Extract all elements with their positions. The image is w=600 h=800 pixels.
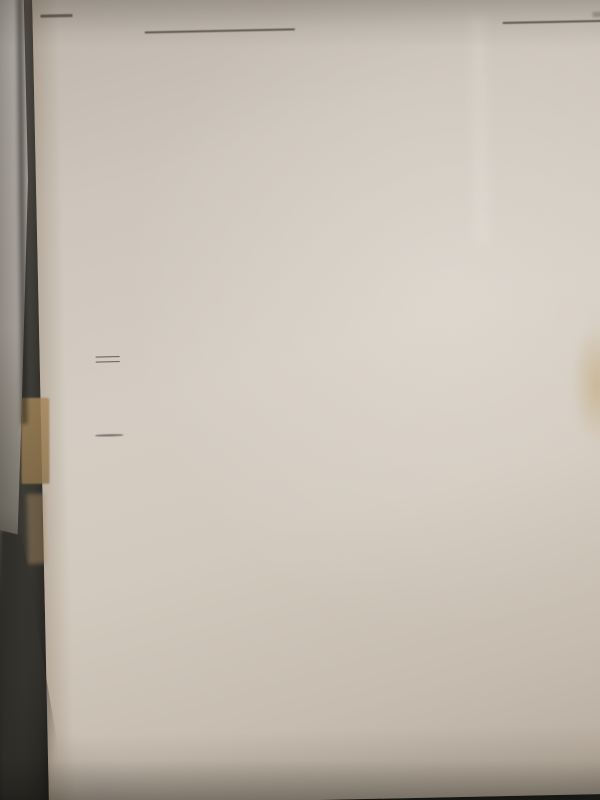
body-text-col3-middle <box>320 70 452 339</box>
story-kicker <box>328 358 451 388</box>
newspaper-photo <box>0 0 600 800</box>
headline-rule <box>95 434 123 437</box>
body-text-col1-top <box>37 29 177 333</box>
avis-lead-paragraph <box>46 361 177 395</box>
section-title-avis <box>43 344 177 347</box>
headline-frigoulet-box <box>326 392 452 395</box>
section-divider-col2b <box>207 700 335 703</box>
body-text-col3-bottom <box>327 424 460 777</box>
running-head-rule-right <box>503 19 600 24</box>
article-signature-col3 <box>325 341 465 352</box>
headline-le-commanditaire <box>45 409 179 412</box>
article-signature-col1 <box>43 333 177 344</box>
headline-frigoulet <box>326 392 452 395</box>
page-surface <box>32 0 600 800</box>
section-divider-col3a <box>320 62 446 65</box>
body-text-col1-bottom <box>45 441 186 778</box>
ornament-diamond-1 <box>45 402 179 405</box>
paper-stain-right <box>561 298 600 469</box>
body-text-col2-middle <box>194 97 334 698</box>
body-text-col2-top <box>193 29 322 90</box>
tape-stain-faint <box>26 494 45 564</box>
header-stub-rule <box>40 14 72 17</box>
body-text-col3-top <box>319 29 446 62</box>
section-divider-col2a <box>194 90 322 93</box>
headline-le-commanditaire-box <box>45 409 179 412</box>
section-divider-col3b <box>326 352 452 355</box>
body-text-col2-bottom <box>207 708 336 771</box>
newspaper-page <box>24 0 600 800</box>
page-number-smudge <box>593 11 600 17</box>
